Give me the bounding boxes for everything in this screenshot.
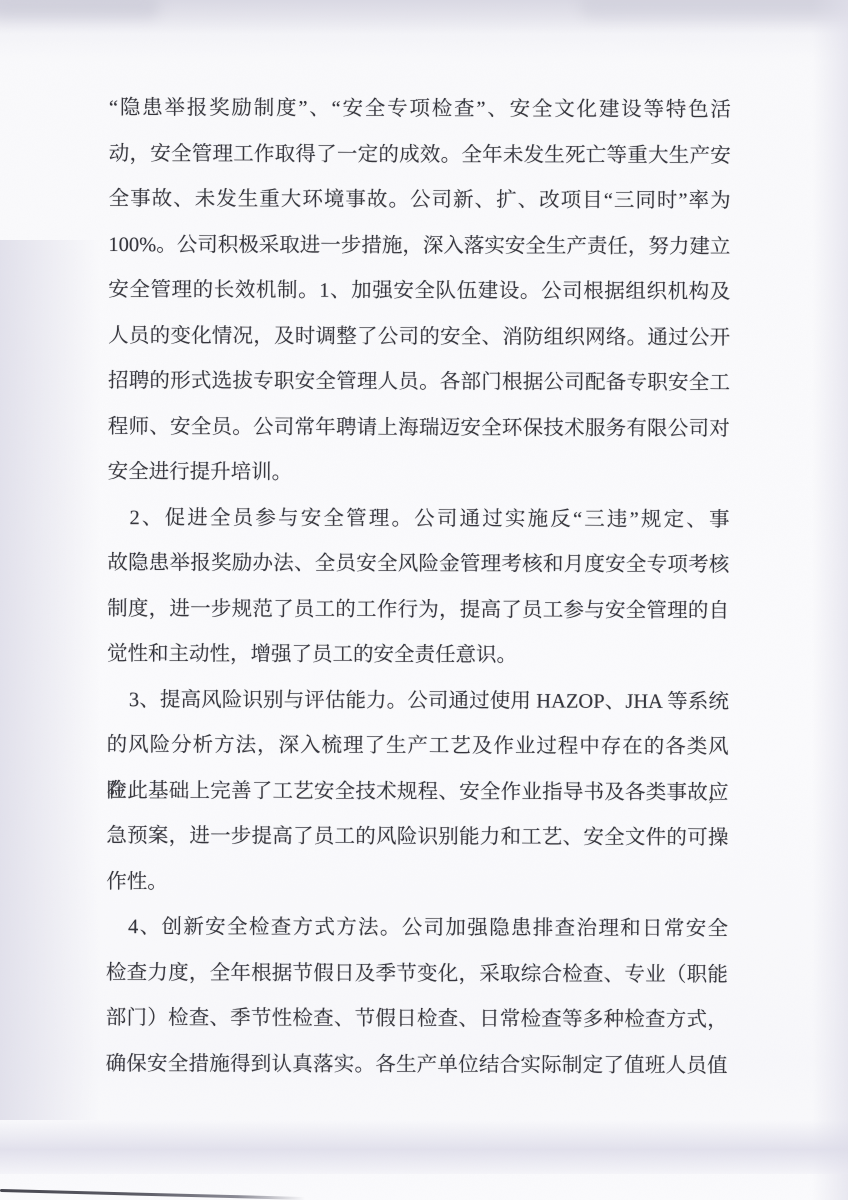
text-line: 人员的变化情况，及时调整了公司的安全、消防组织网络。通过公开: [108, 313, 730, 361]
text-line: 急预案，进一步提高了员工的风险识别能力和工艺、安全文件的可操: [106, 814, 728, 862]
text-line: 故隐患举报奖励办法、全员安全风险金管理考核和月度安全专项考核: [107, 541, 729, 589]
text-line: 100%。公司积极采取进一步措施，深入落实安全生产责任，努力建立: [108, 222, 730, 270]
scan-smudge-top-left: [0, 0, 160, 18]
scan-shading-right: [812, 0, 848, 1200]
text-line: 安全管理的长效机制。1、加强安全队伍建设。公司根据组织机构及: [108, 268, 730, 316]
scan-smudge-top-right: [580, 0, 848, 18]
text-line: “隐患举报奖励制度”、“安全专项检查”、安全文化建设等特色活: [109, 86, 731, 134]
text-line: 3、提高风险识别与评估能力。公司通过使用 HAZOP、JHA 等系统: [107, 677, 729, 725]
text-line: 程师、安全员。公司常年聘请上海瑞迈安全环保技术服务有限公司对: [108, 404, 730, 452]
text-line: 检查力度，全年根据节假日及季节变化，采取综合检查、专业（职能: [106, 950, 728, 998]
text-line: 全事故、未发生重大环境事故。公司新、扩、改项目“三同时”率为: [109, 177, 731, 225]
text-line: 确保安全措施得到认真落实。各生产单位结合实际制定了值班人员值: [106, 1041, 728, 1089]
scanned-page: “隐患举报奖励制度”、“安全专项检查”、安全文化建设等特色活动，安全管理工作取得…: [0, 0, 848, 1200]
text-line: 招聘的形式选拔专职安全管理人员。各部门根据公司配备专职安全工: [108, 359, 730, 407]
text-line: 4、创新安全检查方式方法。公司加强隐患排查治理和日常安全: [106, 905, 728, 953]
text-line: 动，安全管理工作取得了一定的成效。全年未发生死亡等重大生产安: [109, 131, 731, 179]
text-line: 觉性和主动性，增强了员工的安全责任意识。: [107, 632, 729, 680]
text-line: 2、促进全员参与安全管理。公司通过实施反“三违”规定、事: [107, 495, 729, 543]
text-line: 在此基础上完善了工艺安全技术规程、安全作业指导书及各类事故应: [106, 768, 728, 816]
text-line: 部门）检查、季节性检查、节假日检查、日常检查等多种检查方式，: [106, 996, 728, 1044]
text-line: 安全进行提升培训。: [108, 450, 730, 498]
scan-shading-bottom: [0, 1120, 848, 1174]
text-line: 的风险分析方法，深入梳理了生产工艺及作业过程中存在的各类风险，: [107, 723, 729, 771]
scan-shading-top: [0, 0, 848, 34]
scan-shading-left: [0, 240, 100, 1120]
text-line: 作性。: [106, 859, 728, 907]
scan-edge-line: [0, 1189, 305, 1199]
text-line: 制度，进一步规范了员工的工作行为，提高了员工参与安全管理的自: [107, 586, 729, 634]
document-text-block: “隐患举报奖励制度”、“安全专项检查”、安全文化建设等特色活动，安全管理工作取得…: [106, 86, 731, 1089]
